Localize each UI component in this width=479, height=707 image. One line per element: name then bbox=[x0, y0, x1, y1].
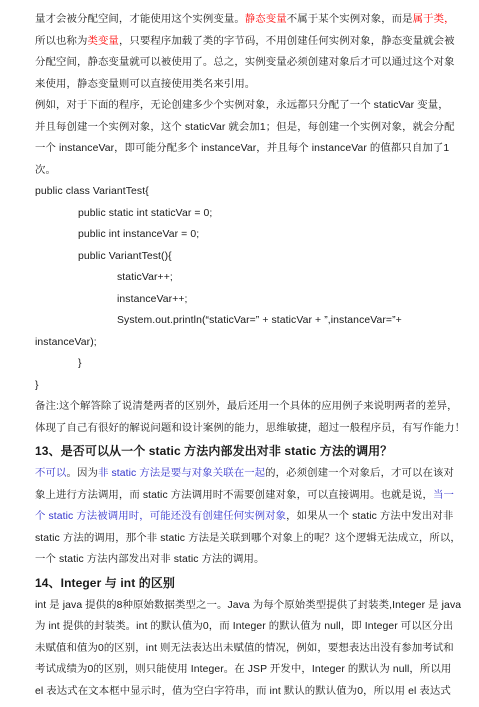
text-segment: public static int staticVar = 0; bbox=[78, 208, 212, 219]
para-remark: 备注:这个解答除了说清楚两者的区别外，最后还用一个具体的应用例子来说明两者的差异… bbox=[35, 396, 445, 439]
para-q14-answer: int 是 java 提供的8种原始数据类型之一。Java 为每个原始类型提供了… bbox=[35, 595, 445, 703]
highlighted-text-blue: 当一 bbox=[433, 490, 454, 501]
text-line: 一个 instanceVar，即可能分配多个 instanceVar，并且每个 … bbox=[35, 138, 445, 160]
text-line: 未赋值和值为0的区别，int 则无法表达出未赋值的情况，例如，要想表达出没有参加… bbox=[35, 638, 445, 660]
text-segment: ，只要程序加载了类的字节码，不用创建任何实例对象，静态变量就会被 bbox=[119, 36, 455, 47]
text-segment: } bbox=[35, 380, 39, 391]
text-segment: 13、是否可以从一个 static 方法内部发出对非 static 方法的调用？ bbox=[35, 444, 392, 458]
heading-text: 13、是否可以从一个 static 方法内部发出对非 static 方法的调用？ bbox=[35, 440, 445, 463]
text-segment: 所以也称为 bbox=[35, 36, 87, 47]
text-segment: 来使用，静态变量则可以直接使用类名来引用。 bbox=[35, 79, 255, 90]
text-line: el 表达式在文本框中显示时，值为空白字符串，而 int 默认的默认值为0，所以… bbox=[35, 681, 445, 703]
highlighted-text-blue: 非 static 方法是要与对象关联在一起 bbox=[98, 468, 265, 479]
text-line: public int instanceVar = 0; bbox=[35, 224, 445, 246]
text-segment: } bbox=[78, 358, 82, 369]
text-segment: 并且每创建一个实例对象，这个 staticVar 就会加1；但是，每创建一个实例… bbox=[35, 122, 455, 133]
text-segment: public int instanceVar = 0; bbox=[78, 229, 199, 240]
text-segment: el 表达式在文本框中显示时，值为空白字符串，而 int 默认的默认值为0，所以… bbox=[35, 686, 451, 697]
text-segment: 的，必须创建一个对象后，才可以在该对 bbox=[265, 468, 454, 479]
text-segment: instanceVar++; bbox=[117, 294, 188, 305]
text-segment: 不属于某个实例对象，而是 bbox=[287, 14, 413, 25]
text-segment: int 是 java 提供的8种原始数据类型之一。Java 为每个原始类型提供了… bbox=[35, 600, 461, 611]
para-example-intro: 例如，对于下面的程序，无论创建多少个实例对象，永远都只分配了一个 staticV… bbox=[35, 95, 445, 181]
text-line: public class VariantTest{ bbox=[35, 181, 445, 203]
text-line: 体现了自己有很好的解说问题和设计案例的能力，思维敏捷，超过一般程序员，有写作能力… bbox=[35, 418, 445, 440]
text-line: 分配空间，静态变量就可以被使用了。总之，实例变量必须创建对象后才可以通过这个对象 bbox=[35, 52, 445, 74]
text-segment: 例如，对于下面的程序，无论创建多少个实例对象，永远都只分配了一个 staticV… bbox=[35, 100, 449, 111]
text-segment: 分配空间，静态变量就可以被使用了。总之，实例变量必须创建对象后才可以通过这个对象 bbox=[35, 57, 455, 68]
heading-text: 14、Integer 与 int 的区别 bbox=[35, 572, 445, 595]
highlighted-text-red: 类变量 bbox=[87, 36, 118, 47]
text-line: int 是 java 提供的8种原始数据类型之一。Java 为每个原始类型提供了… bbox=[35, 595, 445, 617]
text-segment: 考试成绩为0的区别，则只能使用 Integer。在 JSP 开发中，Intege… bbox=[35, 664, 451, 675]
text-line: instanceVar++; bbox=[35, 289, 445, 311]
text-line: 象上进行方法调用，而 static 方法调用时不需要创建对象，可以直接调用。也就… bbox=[35, 485, 445, 507]
text-line: System.out.println(“staticVar=” + static… bbox=[35, 310, 445, 332]
text-segment: 14、Integer 与 int 的区别 bbox=[35, 576, 175, 590]
text-line: 所以也称为类变量，只要程序加载了类的字节码，不用创建任何实例对象，静态变量就会被 bbox=[35, 31, 445, 53]
text-segment: instanceVar); bbox=[35, 337, 97, 348]
text-line: 为 int 提供的封装类。int 的默认值为0，而 Integer 的默认值为 … bbox=[35, 616, 445, 638]
text-segment: 一个 instanceVar，即可能分配多个 instanceVar，并且每个 … bbox=[35, 143, 449, 154]
text-segment: 。因为 bbox=[66, 468, 97, 479]
text-line: 量才会被分配空间，才能使用这个实例变量。静态变量不属于某个实例对象，而是属于类， bbox=[35, 9, 445, 31]
text-line: public VariantTest(){ bbox=[35, 246, 445, 268]
text-line: 备注:这个解答除了说清楚两者的区别外，最后还用一个具体的应用例子来说明两者的差异… bbox=[35, 396, 445, 418]
text-segment: 一个 static 方法内部发出对非 static 方法的调用。 bbox=[35, 554, 265, 565]
para-static-vs-instance: 量才会被分配空间，才能使用这个实例变量。静态变量不属于某个实例对象，而是属于类，… bbox=[35, 9, 445, 95]
document-page: 量才会被分配空间，才能使用这个实例变量。静态变量不属于某个实例对象，而是属于类，… bbox=[0, 0, 479, 707]
heading-q13: 13、是否可以从一个 static 方法内部发出对非 static 方法的调用？ bbox=[35, 440, 445, 463]
highlighted-text-red: 静态变量 bbox=[245, 14, 287, 25]
para-q13-answer: 不可以。因为非 static 方法是要与对象关联在一起的，必须创建一个对象后，才… bbox=[35, 463, 445, 571]
text-segment: staticVar++; bbox=[117, 272, 173, 283]
text-line: 不可以。因为非 static 方法是要与对象关联在一起的，必须创建一个对象后，才… bbox=[35, 463, 445, 485]
code-variant-test: public class VariantTest{public static i… bbox=[35, 181, 445, 396]
highlighted-text-blue: 个 static 方法被调用时，可能还没有创建任何实例对象 bbox=[35, 511, 286, 522]
text-segment: 象上进行方法调用，而 static 方法调用时不需要创建对象，可以直接调用。也就… bbox=[35, 490, 433, 501]
text-segment: static 方法的调用，那个非 static 方法是关联到哪个对象上的呢？这个… bbox=[35, 533, 461, 544]
document-content: 量才会被分配空间，才能使用这个实例变量。静态变量不属于某个实例对象，而是属于类，… bbox=[35, 9, 445, 702]
text-line: staticVar++; bbox=[35, 267, 445, 289]
text-segment: ，如果从一个 static 方法中发出对非 bbox=[286, 511, 453, 522]
text-segment: System.out.println(“staticVar=” + static… bbox=[117, 315, 402, 326]
text-line: } bbox=[35, 375, 445, 397]
text-segment: 为 int 提供的封装类。int 的默认值为0，而 Integer 的默认值为 … bbox=[35, 621, 453, 632]
text-segment: 体现了自己有很好的解说问题和设计案例的能力，思维敏捷，超过一般程序员，有写作能力… bbox=[35, 423, 465, 434]
text-segment: 未赋值和值为0的区别，int 则无法表达出未赋值的情况，例如，要想表达出没有参加… bbox=[35, 643, 454, 654]
text-line: 次。 bbox=[35, 160, 445, 182]
text-line: 考试成绩为0的区别，则只能使用 Integer。在 JSP 开发中，Intege… bbox=[35, 659, 445, 681]
text-line: 个 static 方法被调用时，可能还没有创建任何实例对象，如果从一个 stat… bbox=[35, 506, 445, 528]
heading-q14: 14、Integer 与 int 的区别 bbox=[35, 572, 445, 595]
text-line: instanceVar); bbox=[35, 332, 445, 354]
text-segment: 量才会被分配空间，才能使用这个实例变量。 bbox=[35, 14, 245, 25]
text-line: public static int staticVar = 0; bbox=[35, 203, 445, 225]
text-line: 并且每创建一个实例对象，这个 staticVar 就会加1；但是，每创建一个实例… bbox=[35, 117, 445, 139]
text-segment: 备注:这个解答除了说清楚两者的区别外，最后还用一个具体的应用例子来说明两者的差异… bbox=[35, 401, 458, 412]
text-line: 例如，对于下面的程序，无论创建多少个实例对象，永远都只分配了一个 staticV… bbox=[35, 95, 445, 117]
text-line: 来使用，静态变量则可以直接使用类名来引用。 bbox=[35, 74, 445, 96]
text-segment: public class VariantTest{ bbox=[35, 186, 149, 197]
text-line: } bbox=[35, 353, 445, 375]
highlighted-text-blue: 不可以 bbox=[35, 468, 66, 479]
text-segment: 次。 bbox=[35, 165, 56, 176]
highlighted-text-red: 属于类， bbox=[413, 14, 455, 25]
text-line: 一个 static 方法内部发出对非 static 方法的调用。 bbox=[35, 549, 445, 571]
text-line: static 方法的调用，那个非 static 方法是关联到哪个对象上的呢？这个… bbox=[35, 528, 445, 550]
text-segment: public VariantTest(){ bbox=[78, 251, 172, 262]
